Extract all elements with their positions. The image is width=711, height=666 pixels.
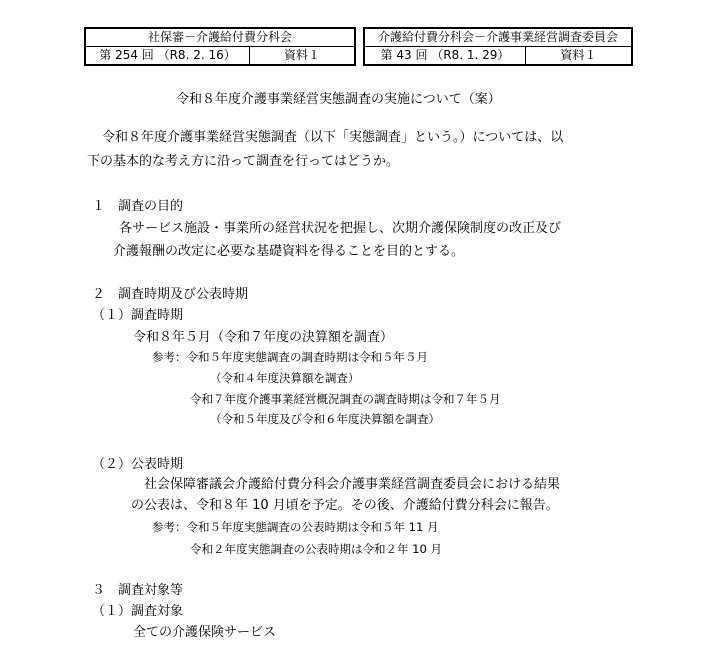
section-2-2-body-line-1: 社会保障審議会介護給付費分科会介護事業経営調査委員会における結果 bbox=[144, 477, 560, 493]
header-table-left: 社保審－介護給付費分科会 第 254 回 （R8. 2. 16） 資料１ bbox=[84, 27, 356, 66]
doc-number-left: 資料１ bbox=[250, 47, 356, 66]
section-2-heading: ２ 調査時期及び公表時期 bbox=[92, 287, 248, 303]
section-2-1-ref-1: 参考：令和５年度実態調査の調査時期は令和５年５月 bbox=[152, 349, 428, 365]
section-1-heading: １ 調査の目的 bbox=[92, 199, 183, 215]
header-table-right: 介護給付費分科会－介護事業経営調査委員会 第 43 回 （R8. 1. 29） … bbox=[363, 27, 633, 66]
section-2-2-body-line-2: の公表は、令和８年 10 月頃を予定。その後、介護給付費分科会に報告。 bbox=[131, 498, 559, 514]
intro-line-1: 令和８年度介護事業経営実態調査（以下「実態調査」という。）については、以 bbox=[102, 130, 563, 146]
committee-title-right: 介護給付費分科会－介護事業経営調査委員会 bbox=[364, 28, 632, 47]
section-1-body-line-1: 各サービス施設・事業所の経営状況を把握し、次期介護保険制度の改正及び bbox=[119, 221, 561, 237]
document-title: 令和８年度介護事業経営実態調査の実施について（案） bbox=[176, 92, 501, 108]
section-2-1-body: 令和８年５月（令和７年度の決算額を調査） bbox=[133, 330, 393, 346]
doc-number-right: 資料１ bbox=[526, 47, 633, 66]
section-3-1-body: 全ての介護保険サービス bbox=[133, 625, 276, 641]
session-right: 第 43 回 （R8. 1. 29） bbox=[364, 47, 526, 66]
section-3-1-heading: （１）調査対象 bbox=[92, 604, 183, 620]
section-2-1-ref-2: （令和４年度決算額を調査） bbox=[210, 370, 360, 386]
section-2-2-ref-2: 令和２年度実態調査の公表時期は令和２年 10 月 bbox=[190, 541, 442, 557]
section-2-2-ref-1: 参考：令和５年度実態調査の公表時期は令和５年 11 月 bbox=[152, 519, 438, 535]
intro-line-2: 下の基本的な考え方に沿って調査を行ってはどうか。 bbox=[87, 154, 399, 170]
section-2-2-heading: （２）公表時期 bbox=[92, 457, 183, 473]
section-2-1-ref-3: 令和７年度介護事業経営概況調査の調査時期は令和７年５月 bbox=[190, 391, 501, 407]
section-3-heading: ３ 調査対象等 bbox=[92, 583, 183, 599]
committee-title-left: 社保審－介護給付費分科会 bbox=[85, 28, 355, 47]
session-left: 第 254 回 （R8. 2. 16） bbox=[85, 47, 250, 66]
section-2-1-ref-4: （令和５年度及び令和６年度決算額を調査） bbox=[210, 411, 440, 427]
section-1-body-line-2: 介護報酬の改定に必要な基礎資料を得ることを目的とする。 bbox=[113, 244, 464, 260]
section-2-1-heading: （１）調査時期 bbox=[92, 308, 183, 324]
